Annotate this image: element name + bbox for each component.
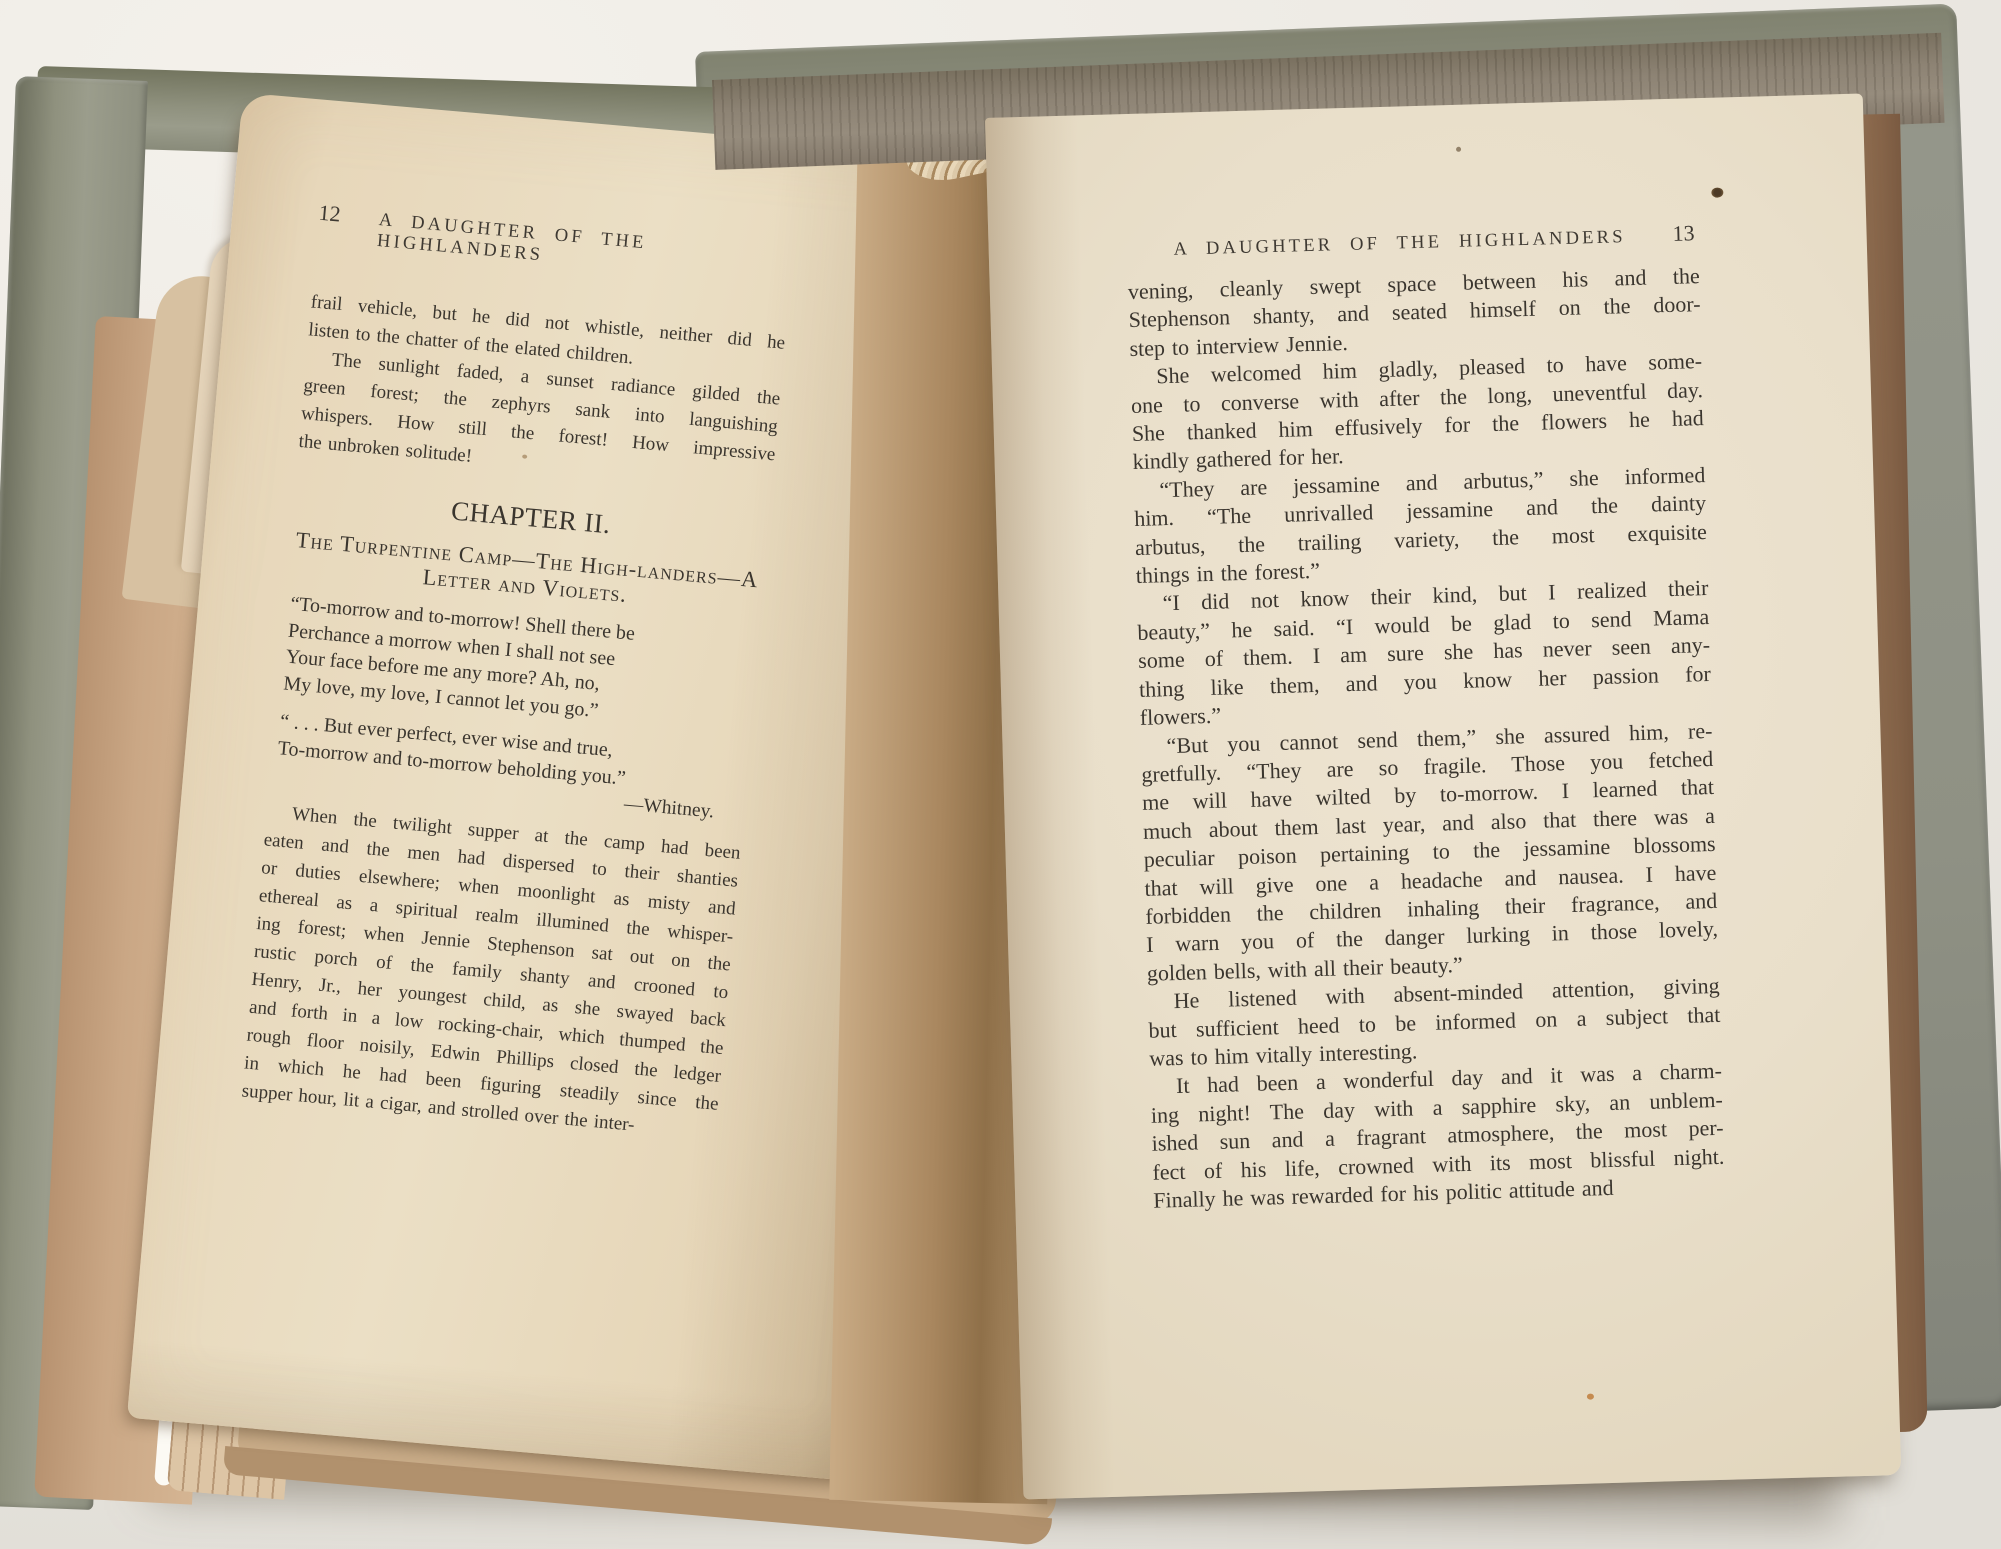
body-text-block: When the twilight supper at the camp had… xyxy=(241,798,742,1146)
running-header: 12 A DAUGHTER OF THE HIGHLANDERS xyxy=(316,200,794,288)
paragraph: When the twilight supper at the camp had… xyxy=(241,798,742,1146)
page-number: 12 xyxy=(318,200,381,231)
right-page: A DAUGHTER OF THE HIGHLANDERS 13 vening,… xyxy=(985,93,1901,1499)
paragraph: “I did not know their kind, but I realiz… xyxy=(1136,574,1712,732)
running-header: A DAUGHTER OF THE HIGHLANDERS 13 xyxy=(1126,220,1699,262)
paper-speck xyxy=(1456,147,1461,152)
paragraph: He listened with absent-minded attention… xyxy=(1147,972,1721,1073)
body-text-block: frail vehicle, but he did not whistle, n… xyxy=(297,288,786,497)
paragraph: vening, cleanly swept space between his … xyxy=(1128,262,1702,363)
paragraph: “They are jessamine and arbutus,” she in… xyxy=(1133,461,1708,591)
running-title: A DAUGHTER OF THE HIGHLANDERS xyxy=(1126,226,1672,262)
right-page-column: A DAUGHTER OF THE HIGHLANDERS 13 vening,… xyxy=(1126,220,1725,1215)
left-page-column: 12 A DAUGHTER OF THE HIGHLANDERS frail v… xyxy=(241,200,794,1147)
paragraph: She welcomed him gladly, pleased to have… xyxy=(1130,347,1705,477)
page-number: 13 xyxy=(1672,220,1699,247)
body-text-block: vening, cleanly swept space between his … xyxy=(1128,262,1726,1215)
paragraph: It had been a wonderful day and it was a… xyxy=(1150,1057,1726,1215)
running-title: A DAUGHTER OF THE HIGHLANDERS xyxy=(376,210,793,288)
open-book-photo: 12 A DAUGHTER OF THE HIGHLANDERS frail v… xyxy=(0,0,2001,1549)
paragraph: “But you cannot send them,” she assured … xyxy=(1140,716,1719,988)
right-page-content: A DAUGHTER OF THE HIGHLANDERS 13 vening,… xyxy=(985,93,1901,1499)
